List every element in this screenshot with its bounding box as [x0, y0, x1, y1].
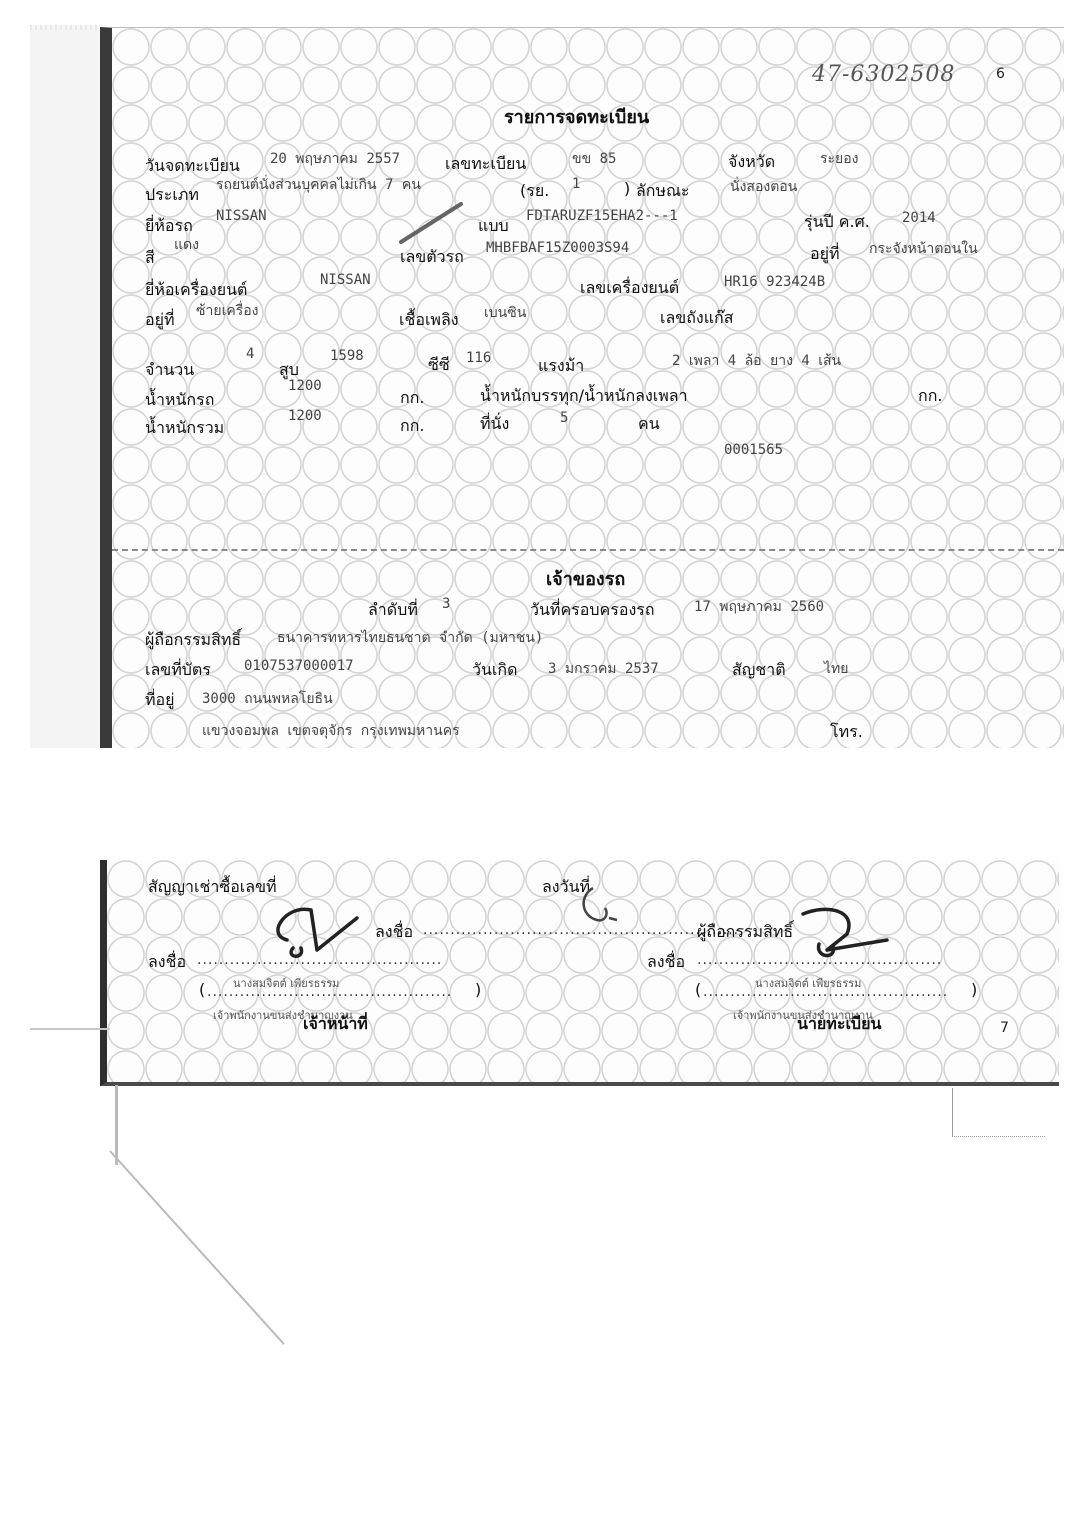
ry-label: (รย.	[520, 179, 549, 204]
scan-artifact	[30, 1028, 110, 1030]
weight-value: 1200	[288, 378, 322, 394]
cylinders-value: 4	[246, 346, 254, 362]
right-paren-close: )	[971, 980, 977, 999]
left-sign-label: ลงชื่อ	[148, 950, 186, 975]
load-unit: กก.	[918, 384, 942, 409]
reg-date-value: 20 พฤษภาคม 2557	[270, 148, 400, 170]
engine-no-label: เลขเครื่องยนต์	[580, 276, 679, 301]
seats-label: ที่นั่ง	[480, 412, 509, 437]
type-label: ประเภท	[145, 183, 199, 208]
left-role: เจ้าหน้าที่	[303, 1012, 368, 1037]
owner-order-label: ลำดับที่	[368, 598, 418, 623]
id-number-value: 0107537000017	[244, 658, 354, 674]
handwritten-reference: 47-6302508	[812, 62, 955, 87]
right-sign-label: ลงชื่อ	[647, 950, 685, 975]
axles-value: 2 เพลา 4 ล้อ ยาง 4 เส้น	[672, 350, 841, 372]
color-label: สี	[145, 246, 155, 271]
model-value: FDTARUZF15EHA2---1	[526, 208, 678, 224]
model-label: แบบ	[478, 214, 509, 239]
chassis-label: เลขตัวรถ	[400, 245, 464, 270]
engine-brand-value: NISSAN	[320, 272, 371, 288]
registration-title: รายการจดทะเบียน	[504, 102, 649, 131]
left-paren-open: (	[199, 980, 205, 999]
chassis-location-label: อยู่ที่	[810, 242, 840, 267]
weight-label: น้ำหนักรถ	[145, 388, 214, 413]
phone-label: โทร.	[830, 720, 863, 745]
chassis-value: MHBFBAF15Z0003S94	[486, 240, 629, 256]
paper-crease	[109, 1150, 284, 1345]
holder-sign-dots: ........................................…	[423, 922, 739, 938]
page-number: 6	[996, 66, 1005, 82]
province-label: จังหวัด	[728, 150, 775, 175]
holder-value: ธนาคารทหารไทยธนชาต จำกัด (มหาชน)	[277, 627, 543, 649]
ry-value: 1	[572, 176, 580, 192]
gross-weight-label: น้ำหนักรวม	[145, 416, 224, 441]
ry-close: )	[624, 179, 630, 198]
color-value: แดง	[174, 234, 199, 256]
plate-label: เลขทะเบียน	[445, 152, 526, 177]
seats-value: 5	[560, 410, 568, 426]
address-line1: 3000 ถนนพหลโยธิน	[202, 688, 333, 710]
scan-margin	[30, 30, 110, 748]
engine-location-label: อยู่ที่	[145, 308, 175, 333]
cc-value: 1598	[330, 348, 364, 364]
nationality-value: ไทย	[824, 658, 848, 680]
holder-sign-label: ลงชื่อ	[375, 920, 413, 945]
owner-order-value: 3	[442, 596, 450, 612]
right-sign-dots: ........................................…	[697, 952, 942, 968]
model-year-label: รุ่นปี ค.ศ.	[804, 210, 870, 235]
weight-unit: กก.	[400, 386, 424, 411]
hp-value: 116	[466, 350, 491, 366]
brand-value: NISSAN	[216, 208, 267, 224]
contract-label: สัญญาเช่าซื้อเลขที่	[148, 875, 277, 900]
possession-date-value: 17 พฤษภาคม 2560	[694, 596, 824, 618]
fuel-value: เบนซิน	[484, 302, 526, 324]
cylinders-label: จำนวน	[145, 358, 194, 383]
model-year-value: 2014	[902, 210, 936, 226]
registration-page: 47-6302508 6 รายการจดทะเบียน วันจดทะเบีย…	[100, 27, 1064, 748]
paper-edge	[115, 1085, 118, 1165]
holder-label: ผู้ถือกรรมสิทธิ์	[145, 628, 241, 653]
nationality-label: สัญชาติ	[732, 658, 786, 683]
load-label: น้ำหนักบรรทุก/น้ำหนักลงเพลา	[480, 384, 688, 409]
birth-label: วันเกิด	[472, 658, 517, 683]
pen-stroke-mark	[397, 198, 467, 248]
left-sign-dots: ........................................…	[197, 952, 442, 968]
id-number-label: เลขที่บัตร	[145, 658, 211, 683]
birth-value: 3 มกราคม 2537	[548, 658, 659, 680]
hp-unit: แรงม้า	[538, 354, 584, 379]
fold-line	[112, 549, 1064, 551]
right-name-dots: ........................................…	[703, 984, 948, 1000]
serial-number: 0001565	[724, 442, 783, 458]
gas-tank-label: เลขถังแก๊ส	[660, 306, 733, 331]
fuel-label: เชื้อเพลิง	[399, 308, 459, 333]
gross-weight-value: 1200	[288, 408, 322, 424]
possession-date-label: วันที่ครอบครองรถ	[530, 598, 655, 623]
engine-location-value: ซ้ายเครื่อง	[196, 300, 258, 322]
engine-no-value: HR16 923424B	[724, 274, 825, 290]
holder-suffix: ผู้ถือกรรมสิทธิ์	[697, 920, 793, 945]
left-name-dots: ........................................…	[207, 984, 452, 1000]
page-number: 7	[1000, 1020, 1009, 1036]
style-value: นั่งสองตอน	[730, 176, 797, 198]
plate-value: ขข 85	[572, 148, 616, 170]
left-paren-close: )	[475, 980, 481, 999]
paper-tab	[952, 1088, 1045, 1137]
seats-unit: คน	[638, 412, 660, 437]
right-paren-open: (	[695, 980, 701, 999]
gross-weight-unit: กก.	[400, 414, 424, 439]
address-label: ที่อยู่	[145, 688, 175, 713]
right-role: นายทะเบียน	[797, 1012, 881, 1037]
type-value: รถยนต์นั่งส่วนบุคคลไม่เกิน 7 คน	[216, 174, 421, 196]
address-line2: แขวงจอมพล เขตจตุจักร กรุงเทพมหานคร	[202, 720, 460, 742]
style-label: ลักษณะ	[636, 179, 689, 204]
signature-page: สัญญาเช่าซื้อเลขที่ ลงวันที่ ลงชื่อ ....…	[100, 860, 1059, 1086]
province-value: ระยอง	[820, 148, 859, 170]
owner-title: เจ้าของรถ	[546, 564, 625, 593]
chassis-location-value: กระจังหน้าตอนใน	[869, 238, 978, 260]
cc-unit: ซีซี	[428, 353, 450, 378]
